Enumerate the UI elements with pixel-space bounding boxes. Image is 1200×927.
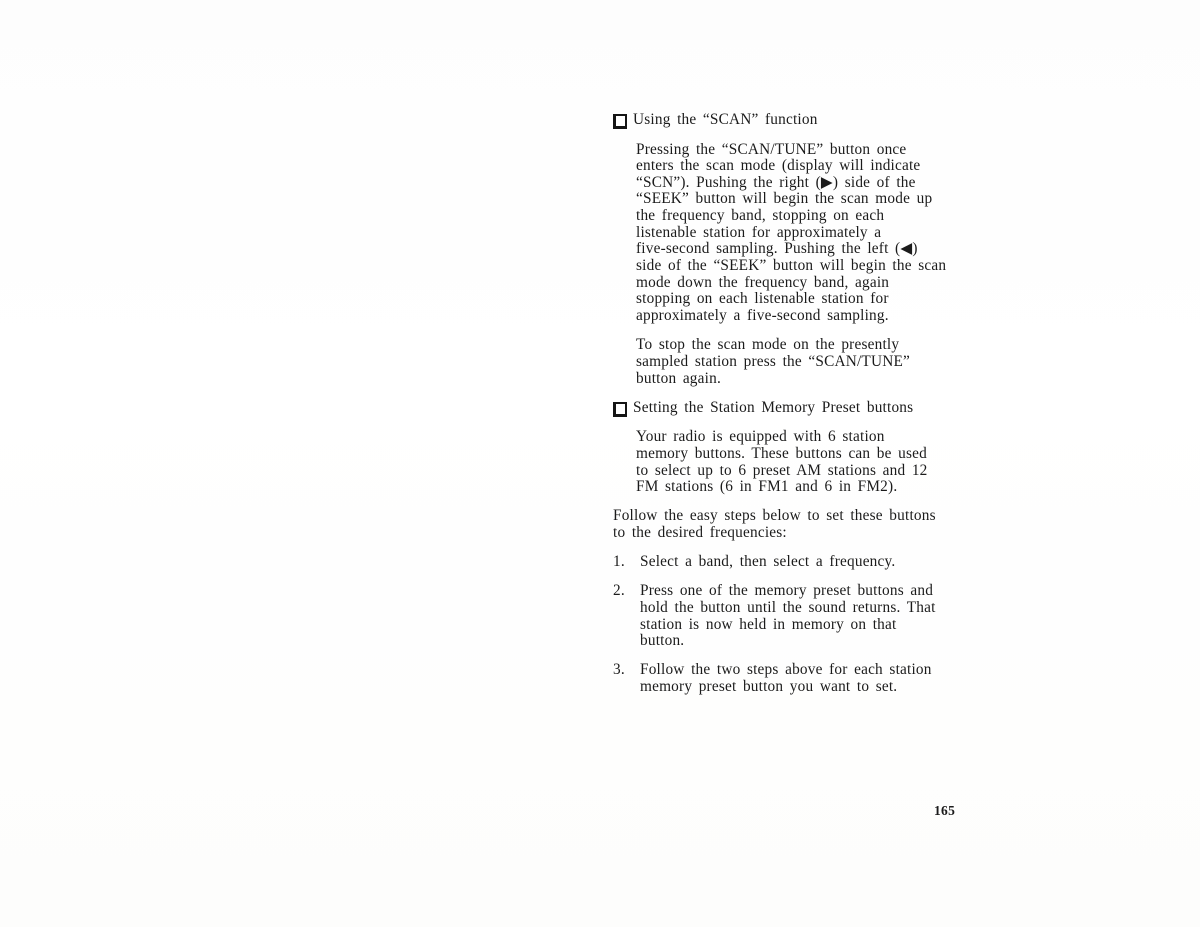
memory-heading-text: Setting the Station Memory Preset button… — [633, 400, 913, 417]
page-number: 165 — [934, 803, 955, 819]
step-number: 1. — [613, 554, 640, 571]
list-item: 3. Follow the two steps above for each s… — [613, 662, 965, 695]
scan-paragraph-1: Pressing the “SCAN/TUNE” button once ent… — [636, 142, 965, 325]
steps-intro: Follow the easy steps below to set these… — [613, 508, 965, 541]
list-item: 1. Select a band, then select a frequenc… — [613, 554, 965, 571]
text-column: Using the “SCAN” function Pressing the “… — [613, 112, 965, 708]
step-number: 3. — [613, 662, 640, 695]
list-item: 2. Press one of the memory preset button… — [613, 583, 965, 650]
scan-paragraph-2: To stop the scan mode on the presently s… — [636, 337, 965, 387]
manual-page: Using the “SCAN” function Pressing the “… — [0, 0, 1200, 927]
step-text: Select a band, then select a frequency. — [640, 554, 965, 571]
memory-paragraph-1: Your radio is equipped with 6 station me… — [636, 429, 965, 496]
scan-section-heading: Using the “SCAN” function — [613, 112, 965, 129]
checkbox-square-icon — [613, 114, 627, 129]
step-text: Follow the two steps above for each stat… — [640, 662, 965, 695]
scan-heading-text: Using the “SCAN” function — [633, 112, 818, 129]
step-number: 2. — [613, 583, 640, 650]
checkbox-square-icon — [613, 402, 627, 417]
step-text: Press one of the memory preset buttons a… — [640, 583, 965, 650]
memory-section-heading: Setting the Station Memory Preset button… — [613, 400, 965, 417]
